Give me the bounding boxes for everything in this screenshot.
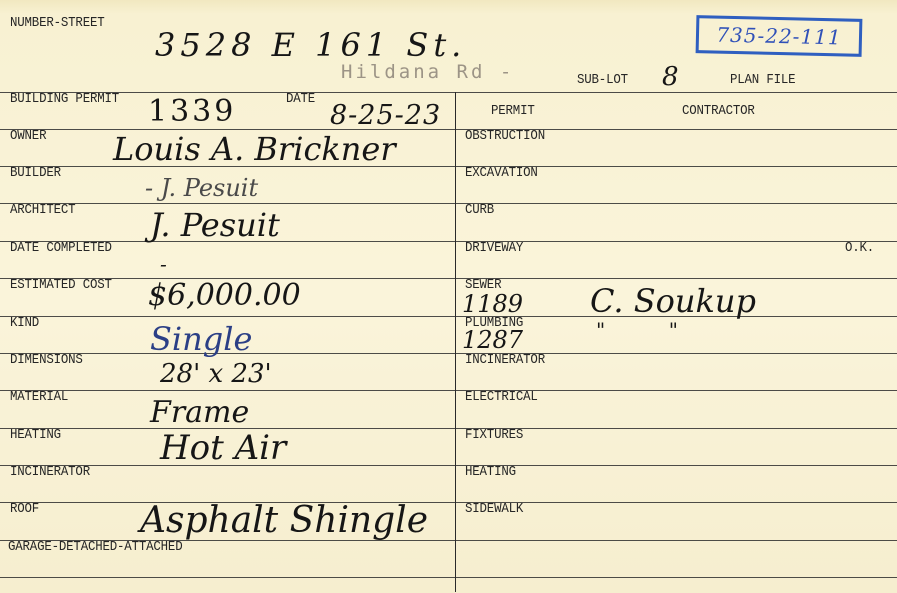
owner-label: OWNER: [10, 129, 46, 144]
builder-value: - J. Pesuit: [145, 174, 258, 202]
rule-line: [0, 278, 897, 279]
roof-value: Asphalt Shingle: [140, 500, 428, 541]
sewer-permit-number: 1189: [462, 290, 523, 318]
excavation-label: EXCAVATION: [465, 166, 538, 181]
number-street-label: NUMBER-STREET: [10, 16, 105, 31]
incinerator-label: INCINERATOR: [10, 465, 90, 480]
file-number-box: 735-22-111: [696, 15, 863, 57]
fixtures-label: FIXTURES: [465, 428, 523, 443]
obstruction-label: OBSTRUCTION: [465, 129, 545, 144]
date-value: 8-25-23: [330, 100, 441, 131]
rule-line: [0, 502, 897, 503]
plumbing-contractor-ditto: " ": [596, 318, 678, 342]
heating-value: Hot Air: [160, 428, 286, 468]
permit-column-header: PERMIT: [491, 104, 535, 119]
architect-label: ARCHITECT: [10, 203, 75, 218]
garage-label: GARAGE-DETACHED-ATTACHED: [8, 540, 182, 555]
driveway-note: O.K.: [845, 241, 874, 256]
sewer-contractor: C. Soukup: [590, 282, 756, 320]
architect-value: J. Pesuit: [150, 206, 280, 244]
owner-value: Louis A. Brickner: [113, 130, 396, 168]
dimensions-label: DIMENSIONS: [10, 353, 83, 368]
kind-value: Single: [150, 320, 252, 358]
estimated-cost-label: ESTIMATED COST: [10, 278, 112, 293]
curb-label: CURB: [465, 203, 494, 218]
rule-line: [0, 203, 897, 204]
building-permit-label: BUILDING PERMIT: [10, 92, 119, 107]
sidewalk-label: SIDEWALK: [465, 502, 523, 517]
file-number: 735-22-111: [716, 23, 842, 50]
sub-lot-value: 8: [662, 62, 679, 92]
dimensions-value: 28' x 23': [160, 359, 272, 389]
rule-line: [0, 390, 897, 391]
date-label: DATE: [286, 92, 315, 107]
rule-line: [0, 316, 897, 317]
plan-file-label: PLAN FILE: [730, 73, 795, 88]
contractor-column-header: CONTRACTOR: [682, 104, 755, 119]
rule-line: [0, 241, 897, 242]
rule-line: [0, 428, 897, 429]
building-permit-value: 1339: [148, 94, 236, 129]
rule-line: [0, 353, 897, 354]
plumbing-permit-number: 1287: [462, 326, 523, 354]
electrical-label: ELECTRICAL: [465, 390, 538, 405]
estimated-cost-value: $6,000.00: [148, 278, 301, 313]
sub-lot-label: SUB-LOT: [577, 73, 628, 88]
date-completed-value: -: [160, 252, 167, 276]
column-divider: [455, 92, 456, 592]
building-permit-card: NUMBER-STREET 3528 E 161 St. Hildana Rd …: [0, 0, 897, 593]
rule-line: [0, 465, 897, 466]
heating-permit-label: HEATING: [465, 465, 516, 480]
stamped-street: Hildana Rd -: [341, 61, 514, 83]
date-completed-label: DATE COMPLETED: [10, 241, 112, 256]
number-street-value: 3528 E 161 St.: [155, 26, 466, 64]
rule-line: [0, 577, 897, 578]
material-value: Frame: [150, 395, 249, 430]
heating-label: HEATING: [10, 428, 61, 443]
incinerator-permit-label: INCINERATOR: [465, 353, 545, 368]
rule-line: [0, 92, 897, 93]
driveway-label: DRIVEWAY: [465, 241, 523, 256]
kind-label: KIND: [10, 316, 39, 331]
material-label: MATERIAL: [10, 390, 68, 405]
roof-label: ROOF: [10, 502, 39, 517]
builder-label: BUILDER: [10, 166, 61, 181]
